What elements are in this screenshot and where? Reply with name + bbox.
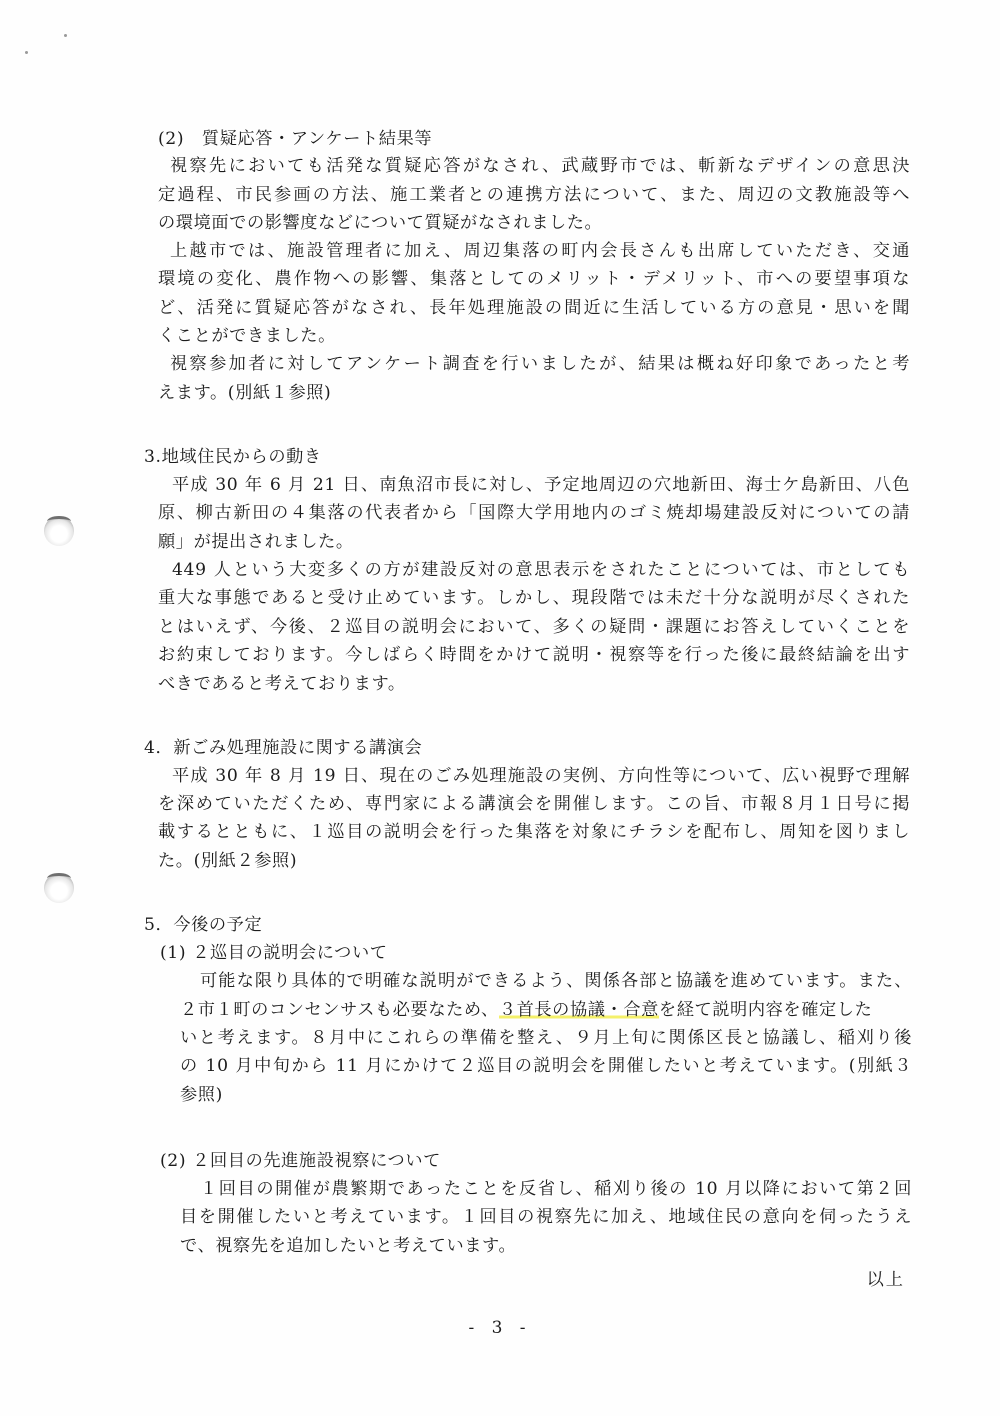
paragraph-line: 449 人という大変多くの方が建設反対の意思表示をされたことについては、市として… (172, 559, 910, 581)
paragraph-line: お約束しております。今しばらく時間をかけて説明・視察等を行った後に最終結論を出す (158, 644, 910, 666)
paragraph-line: いと考えます。８月中にこれらの準備を整え、９月上旬に関係区長と協議し、稲刈り後 (180, 1027, 912, 1049)
paragraph-line: 平成 30 年 8 月 19 日、現在のごみ処理施設の実例、方向性等について、広… (172, 765, 910, 787)
section-heading: 5．今後の予定 (144, 914, 262, 936)
closing-mark: 以上 (867, 1265, 905, 1290)
paragraph-line: を深めていただくため、専門家による講演会を開催します。この旨、市報８月１日号に掲 (158, 793, 910, 815)
paragraph-line: の環境面での影響度などについて質疑がなされました。 (158, 212, 602, 234)
paragraph-line: 載するとともに、１巡目の説明会を行った集落を対象にチラシを配布し、周知を図りまし (158, 821, 910, 843)
scan-speck (25, 51, 28, 54)
paragraph-line: 上越市では、施設管理者に加え、周辺集落の町内会長さんも出席していただき、交通 (170, 240, 910, 262)
paragraph-line: の 10 月中旬から 11 月にかけて２巡目の説明会を開催したいと考えています。… (180, 1055, 912, 1077)
text-segment: ２市１町のコンセンサスも必要なため、 (180, 1000, 499, 1020)
paragraph-line: 参照) (180, 1084, 223, 1106)
punch-hole-icon (44, 516, 74, 546)
paragraph-line: 重大な事態であると受け止めています。しかし、現段階では未だ十分な説明が尽くされた (158, 587, 910, 609)
section-heading: 3.地域住民からの動き (144, 446, 322, 468)
paragraph-line: 視察先においても活発な質疑応答がなされ、武蔵野市では、斬新なデザインの意思決 (170, 155, 910, 177)
paragraph-line: 願」が提出されました。 (158, 531, 354, 553)
section-heading: 4．新ごみ処理施設に関する講演会 (144, 737, 422, 759)
punch-hole-icon (44, 873, 74, 903)
text-segment: を経て説明内容を確定した (659, 1000, 872, 1020)
paragraph-line: 原、柳古新田の４集落の代表者から「国際大学用地内のゴミ焼却場建設反対についての請 (158, 502, 910, 524)
highlighted-text: ３首長の協議・合意 (499, 1000, 659, 1020)
paragraph-line: ２市１町のコンセンサスも必要なため、３首長の協議・合意を経て説明内容を確定した (180, 999, 872, 1021)
subsection-heading: (2) ２回目の先進施設視察について (160, 1150, 441, 1172)
paragraph-line: とはいえず、今後、２巡目の説明会において、多くの疑問・課題にお答えしていくことを (158, 616, 910, 638)
paragraph-line: べきであると考えております。 (158, 673, 406, 695)
paragraph-line: 視察参加者に対してアンケート調査を行いましたが、結果は概ね好印象であったと考 (170, 353, 910, 375)
document-page: (2) 質疑応答・アンケート結果等 視察先においても活発な質疑応答がなされ、武蔵… (0, 0, 1000, 1416)
paragraph-line: 平成 30 年 6 月 21 日、南魚沼市長に対し、予定地周辺の穴地新田、海士ケ… (172, 474, 910, 496)
page-number: - 3 - (0, 1318, 1000, 1338)
scan-speck (64, 34, 67, 37)
paragraph-line: で、視察先を追加したいと考えています。 (180, 1235, 516, 1257)
paragraph-line: えます。(別紙１参照) (158, 382, 331, 404)
paragraph-line: た。(別紙２参照) (158, 850, 297, 872)
paragraph-line: １回目の開催が農繁期であったことを反省し、稲刈り後の 10 月以降において第２回 (200, 1178, 912, 1200)
paragraph-line: ど、活発に質疑応答がなされ、長年処理施設の間近に生活している方の意見・思いを聞 (158, 297, 910, 319)
paragraph-line: 可能な限り具体的で明確な説明ができるよう、関係各部と協議を進めています。また、 (200, 970, 912, 992)
paragraph-line: 目を開催したいと考えています。１回目の視察先に加え、地域住民の意向を伺ったうえ (180, 1206, 912, 1228)
subsection-heading: (1) ２巡目の説明会について (160, 942, 388, 964)
paragraph-line: 定過程、市民参画の方法、施工業者との連携方法について、また、周辺の文教施設等へ (158, 184, 910, 206)
paragraph-line: 環境の変化、農作物への影響、集落としてのメリット・デメリット、市への要望事項な (158, 268, 910, 290)
section-heading: (2) 質疑応答・アンケート結果等 (158, 128, 432, 150)
paragraph-line: くことができました。 (158, 325, 336, 347)
